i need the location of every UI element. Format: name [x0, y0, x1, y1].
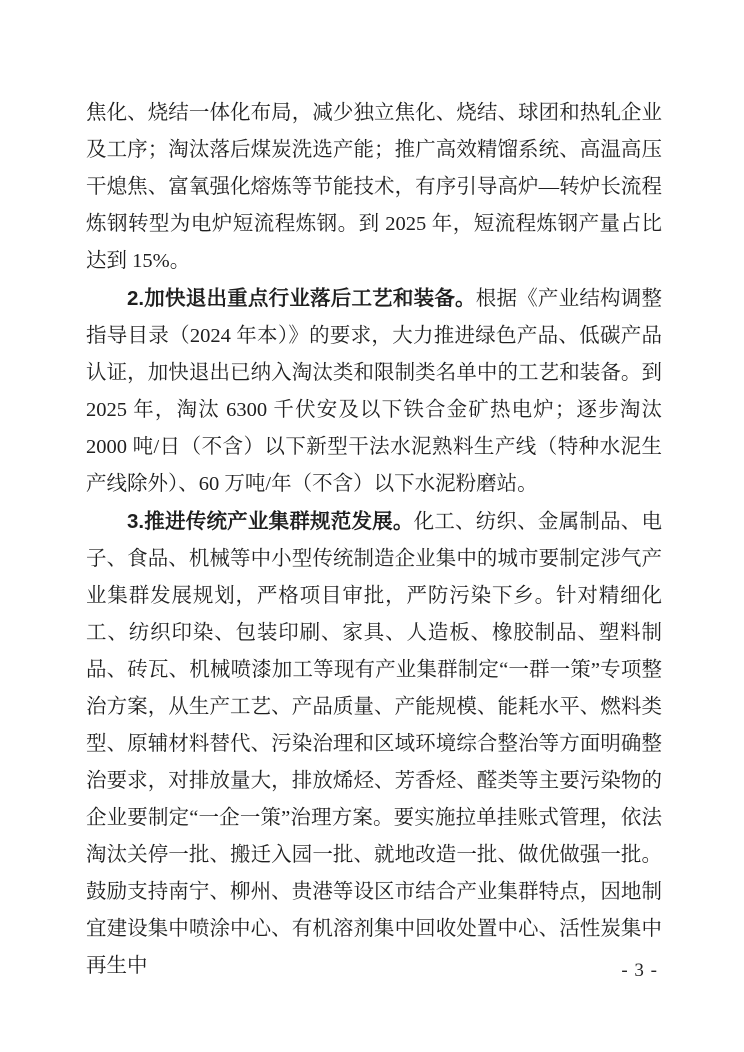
- paragraph-text: 焦化、烧结一体化布局，减少独立焦化、烧结、球团和热轧企业及工序；淘汰落后煤炭洗选…: [86, 102, 662, 272]
- paragraph-text: 化工、纺织、金属制品、电子、食品、机械等中小型传统制造企业集中的城市要制定涉气产…: [86, 511, 662, 977]
- paragraph-bold-lead: 2.加快退出重点行业落后工艺和装备。: [127, 287, 476, 310]
- document-page: 焦化、烧结一体化布局，减少独立焦化、烧结、球团和热轧企业及工序；淘汰落后煤炭洗选…: [0, 0, 744, 1052]
- paragraph-text: 根据《产业结构调整指导目录（2024 年本）》的要求，大力推进绿色产品、低碳产品…: [86, 288, 662, 495]
- paragraph-bold-lead: 3.推进传统产业集群规范发展。: [127, 510, 414, 533]
- paragraph-item-3: 3.推进传统产业集群规范发展。化工、纺织、金属制品、电子、食品、机械等中小型传统…: [86, 503, 662, 985]
- paragraph-item-2: 2.加快退出重点行业落后工艺和装备。根据《产业结构调整指导目录（2024 年本）…: [86, 280, 662, 503]
- paragraph-continuation: 焦化、烧结一体化布局，减少独立焦化、烧结、球团和热轧企业及工序；淘汰落后煤炭洗选…: [86, 95, 662, 280]
- page-number: - 3 -: [621, 960, 658, 982]
- document-body: 焦化、烧结一体化布局，减少独立焦化、烧结、球团和热轧企业及工序；淘汰落后煤炭洗选…: [86, 95, 662, 985]
